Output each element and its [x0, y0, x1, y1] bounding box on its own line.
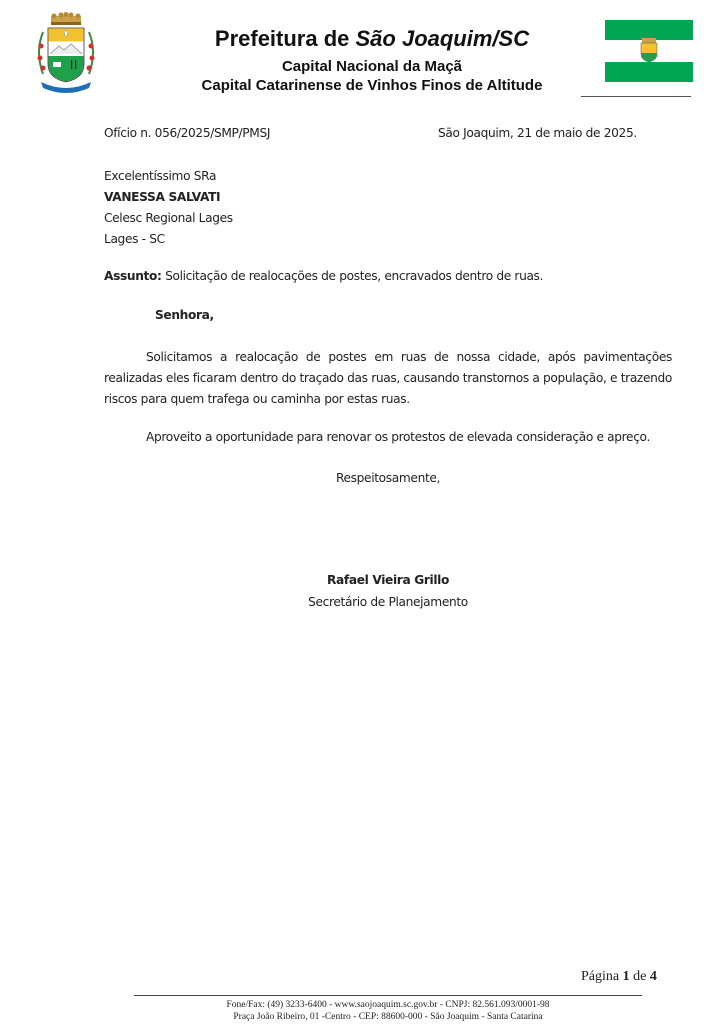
letter-date: São Joaquim, 21 de maio de 2025. [438, 126, 637, 140]
signer-name: Rafael Vieira Grillo [0, 573, 724, 587]
oficio-number: Ofício n. 056/2025/SMP/PMSJ [104, 126, 270, 140]
page-number: Página 1 de 4 [581, 969, 657, 985]
recipient-salutation: Excelentíssimo SRa [104, 166, 233, 187]
footer-contact: Fone/Fax: (49) 3233-6400 - www.saojoaqui… [0, 1000, 724, 1010]
closing: Respeitosamente, [0, 471, 724, 485]
flag-underline [581, 96, 691, 97]
body-paragraph-1: Solicitamos a realocação de postes em ru… [104, 347, 672, 410]
flag-icon [605, 20, 693, 82]
subject-line: Assunto: Solicitação de realocações de p… [104, 269, 543, 283]
footer-divider [134, 995, 642, 996]
header-title-prefix: Prefeitura de [215, 26, 356, 51]
subject-text: Solicitação de realocações de postes, en… [162, 269, 544, 283]
footer-address: Praça João Ribeiro, 01 -Centro - CEP: 88… [0, 1012, 724, 1022]
header-title-city: São Joaquim/SC [356, 26, 530, 51]
signer-role: Secretário de Planejamento [0, 595, 724, 609]
recipient-name: VANESSA SALVATI [104, 187, 233, 208]
subject-label: Assunto: [104, 269, 162, 283]
body-paragraph-2: Aproveito a oportunidade para renovar os… [146, 430, 650, 444]
recipient-block: Excelentíssimo SRa VANESSA SALVATI Celes… [104, 166, 233, 250]
recipient-organization: Celesc Regional Lages [104, 208, 233, 229]
recipient-city: Lages - SC [104, 229, 233, 250]
greeting: Senhora, [155, 308, 214, 322]
